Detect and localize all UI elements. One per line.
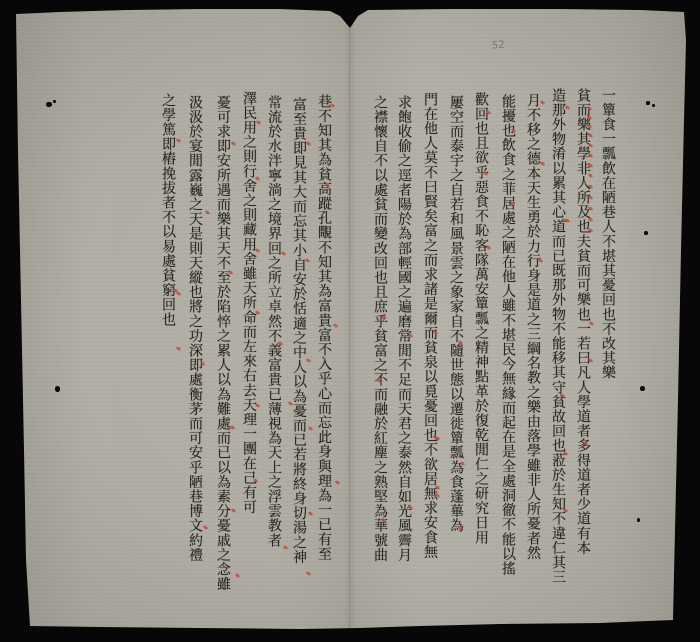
text-column: 貧而樂其學非人所及也夫貧而可樂也一若曰凡人學道者多得道者少道有本 xyxy=(575,88,590,555)
paper-hole xyxy=(652,104,655,107)
text-column: 能擾也飲食之菲居處之陋在他人雖不堪民今無緣而起在是全處洞徹不能以搖 xyxy=(500,94,515,576)
text-column: 常流於水泮寧淌之境界回之所立卓然不義富貴已薄視為天上之浮雲教者 xyxy=(266,95,281,548)
text-column: 富至貴即見其大而忘其小自安於恬適之中人以為憂而已若將終身切湯之神 xyxy=(291,97,306,564)
text-column: 門在他人莫不曰賢矣富之而求諸是爾而貧泉以覓憂回也不欲居無求安食無 xyxy=(422,92,437,559)
center-fold xyxy=(349,26,351,630)
text-column: 歡回也且欲乎惡食不恥客隊萬安簞瓢之精神點革於復乾閒仁之研究日用 xyxy=(473,92,488,545)
text-column: 之學篤即樁挽拔者不以易處貧窮回也 xyxy=(160,93,175,327)
paper-hole xyxy=(55,386,60,392)
paper-hole xyxy=(53,100,56,103)
text-column: 澤民用之則行舍之則藏用舍雖天所命而左來右去天理一團在己有可 xyxy=(241,91,256,514)
paper-hole xyxy=(640,386,645,391)
text-column: 一簞食一瓢飲在陋巷人不堪其憂回也不改其樂 xyxy=(600,88,615,380)
text-column: 屢空而泰宇之自若和風景雲之象家自不隨世態以遷徙簞瓢為食蓬蓽為 xyxy=(448,95,463,533)
paper-hole xyxy=(644,231,648,235)
page-number: 52 xyxy=(492,40,505,52)
text-column: 憂可求即安所遇而樂其天不至於陷悴之累人以為難處而已以為素分憂戚之念雖 xyxy=(215,95,230,591)
text-column: 汲汲於宴閒露巍之天是則天縱也將之功深即處衡茅而可安乎陋巷博文約禮 xyxy=(187,95,202,562)
text-column: 之襟懷自不以處貧而變改回也且庶乎貧富之不而融於紅塵之熟堅為華號曲 xyxy=(372,95,387,562)
paper-hole xyxy=(46,102,52,107)
paper-hole xyxy=(637,518,640,522)
text-column: 求飽收偷之逕者陽於為部輕國之遍磨常閒不足而天君之泰然自如光風霽月 xyxy=(396,95,411,562)
text-column: 巷不知其為貧高蹤孔覸不知其為富貴富不入乎心而忘此身與理為一已有至 xyxy=(316,94,331,561)
manuscript-spread: 52 一簞食一瓢飲在陋巷人不堪其憂回也不改其樂 貧而樂其學非人所及也夫貧而可樂也… xyxy=(0,0,700,642)
text-column: 月不移之德本天生勇於力行身是道之三綱名教之樂由落學雖非人所憂者然 xyxy=(525,93,540,560)
paper-hole xyxy=(646,101,650,105)
